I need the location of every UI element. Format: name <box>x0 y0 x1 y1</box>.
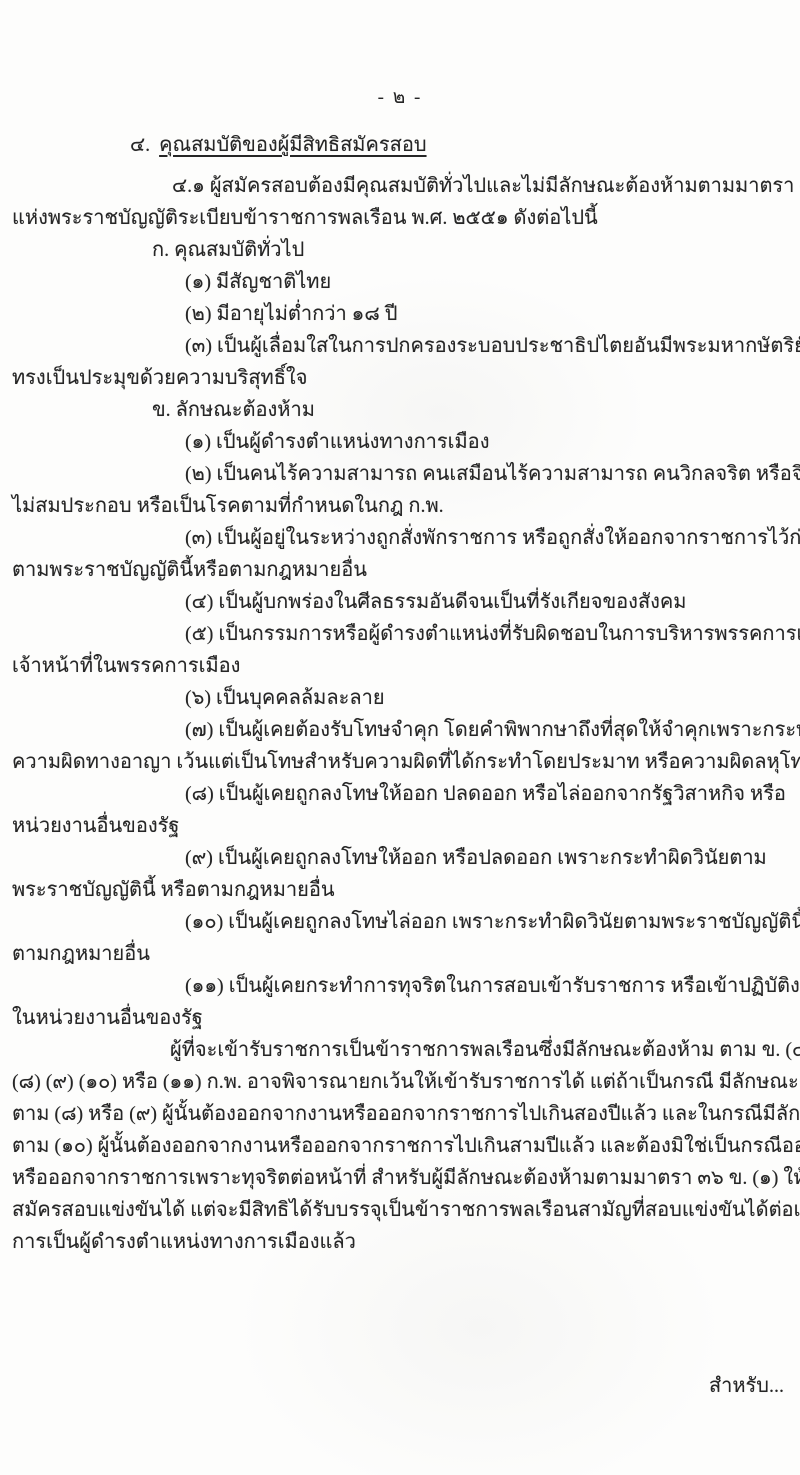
text-line: (๑) มีสัญชาติไทย <box>0 266 800 298</box>
text-line: (๒) มีอายุไม่ต่ำกว่า ๑๘ ปี <box>0 298 800 330</box>
text-line: (๔) เป็นผู้บกพร่องในศีลธรรมอันดีจนเป็นที… <box>0 586 800 618</box>
text-line: ตาม (๘) หรือ (๙) ผู้นั้นต้องออกจากงานหรื… <box>0 1098 800 1130</box>
text-line: ก. คุณสมบัติทั่วไป <box>0 234 800 266</box>
text-line: พระราชบัญญัตินี้ หรือตามกฎหมายอื่น <box>0 874 800 906</box>
section-heading: ๔.คุณสมบัติของผู้มีสิทธิสมัครสอบ <box>0 128 800 162</box>
text-line: ในหน่วยงานอื่นของรัฐ <box>0 1002 800 1034</box>
text-line: สมัครสอบแข่งขันได้ แต่จะมีสิทธิได้รับบรร… <box>0 1194 800 1226</box>
text-line: (๘) เป็นผู้เคยถูกลงโทษให้ออก ปลดออก หรือ… <box>0 778 800 810</box>
text-line: (๑๐) เป็นผู้เคยถูกลงโทษไล่ออก เพราะกระทำ… <box>0 906 800 938</box>
text-line: (๒) เป็นคนไร้ความสามารถ คนเสมือนไร้ความส… <box>0 458 800 490</box>
section-title: คุณสมบัติของผู้มีสิทธิสมัครสอบ <box>159 134 426 156</box>
text-line: (๗) เป็นผู้เคยต้องรับโทษจำคุก โดยคำพิพาก… <box>0 714 800 746</box>
text-line: ตาม (๑๐) ผู้นั้นต้องออกจากงานหรือออกจากร… <box>0 1130 800 1162</box>
document-page: - ๒ - ๔.คุณสมบัติของผู้มีสิทธิสมัครสอบ ๔… <box>0 0 800 1475</box>
text-line: (๓) เป็นผู้เลื่อมใสในการปกครองระบอบประชา… <box>0 330 800 362</box>
text-line: หน่วยงานอื่นของรัฐ <box>0 810 800 842</box>
text-line: หรือออกจากราชการเพราะทุจริตต่อหน้าที่ สำ… <box>0 1162 800 1194</box>
text-line: ความผิดทางอาญา เว้นแต่เป็นโทษสำหรับความผ… <box>0 746 800 778</box>
text-line: ไม่สมประกอบ หรือเป็นโรคตามที่กำหนดในกฎ ก… <box>0 490 800 522</box>
text-line: การเป็นผู้ดำรงตำแหน่งทางการเมืองแล้ว <box>0 1226 800 1258</box>
text-line: (๘) (๙) (๑๐) หรือ (๑๑) ก.พ. อาจพิจารณายก… <box>0 1066 800 1098</box>
section-number: ๔. <box>130 134 150 156</box>
text-line: (๕) เป็นกรรมการหรือผู้ดำรงตำแหน่งที่รับผ… <box>0 618 800 650</box>
text-line: ข. ลักษณะต้องห้าม <box>0 394 800 426</box>
text-line: ทรงเป็นประมุขด้วยความบริสุทธิ์ใจ <box>0 362 800 394</box>
text-line: ตามพระราชบัญญัตินี้หรือตามกฎหมายอื่น <box>0 554 800 586</box>
text-line: (๙) เป็นผู้เคยถูกลงโทษให้ออก หรือปลดออก … <box>0 842 800 874</box>
text-line: ผู้ที่จะเข้ารับราชการเป็นข้าราชการพลเรือ… <box>0 1034 800 1066</box>
text-line: แห่งพระราชบัญญัติระเบียบข้าราชการพลเรือน… <box>0 202 800 234</box>
text-line: (๖) เป็นบุคคลล้มละลาย <box>0 682 800 714</box>
text-line: (๓) เป็นผู้อยู่ในระหว่างถูกสั่งพักราชการ… <box>0 522 800 554</box>
text-line: (๑) เป็นผู้ดำรงตำแหน่งทางการเมือง <box>0 426 800 458</box>
page-number: - ๒ - <box>0 82 800 114</box>
text-line: เจ้าหน้าที่ในพรรคการเมือง <box>0 650 800 682</box>
text-line: (๑๑) เป็นผู้เคยกระทำการทุจริตในการสอบเข้… <box>0 970 800 1002</box>
continuation-marker: สำหรับ... <box>0 1370 800 1402</box>
text-line: ตามกฎหมายอื่น <box>0 938 800 970</box>
text-line: ๔.๑ ผู้สมัครสอบต้องมีคุณสมบัติทั่วไปและไ… <box>0 170 800 202</box>
